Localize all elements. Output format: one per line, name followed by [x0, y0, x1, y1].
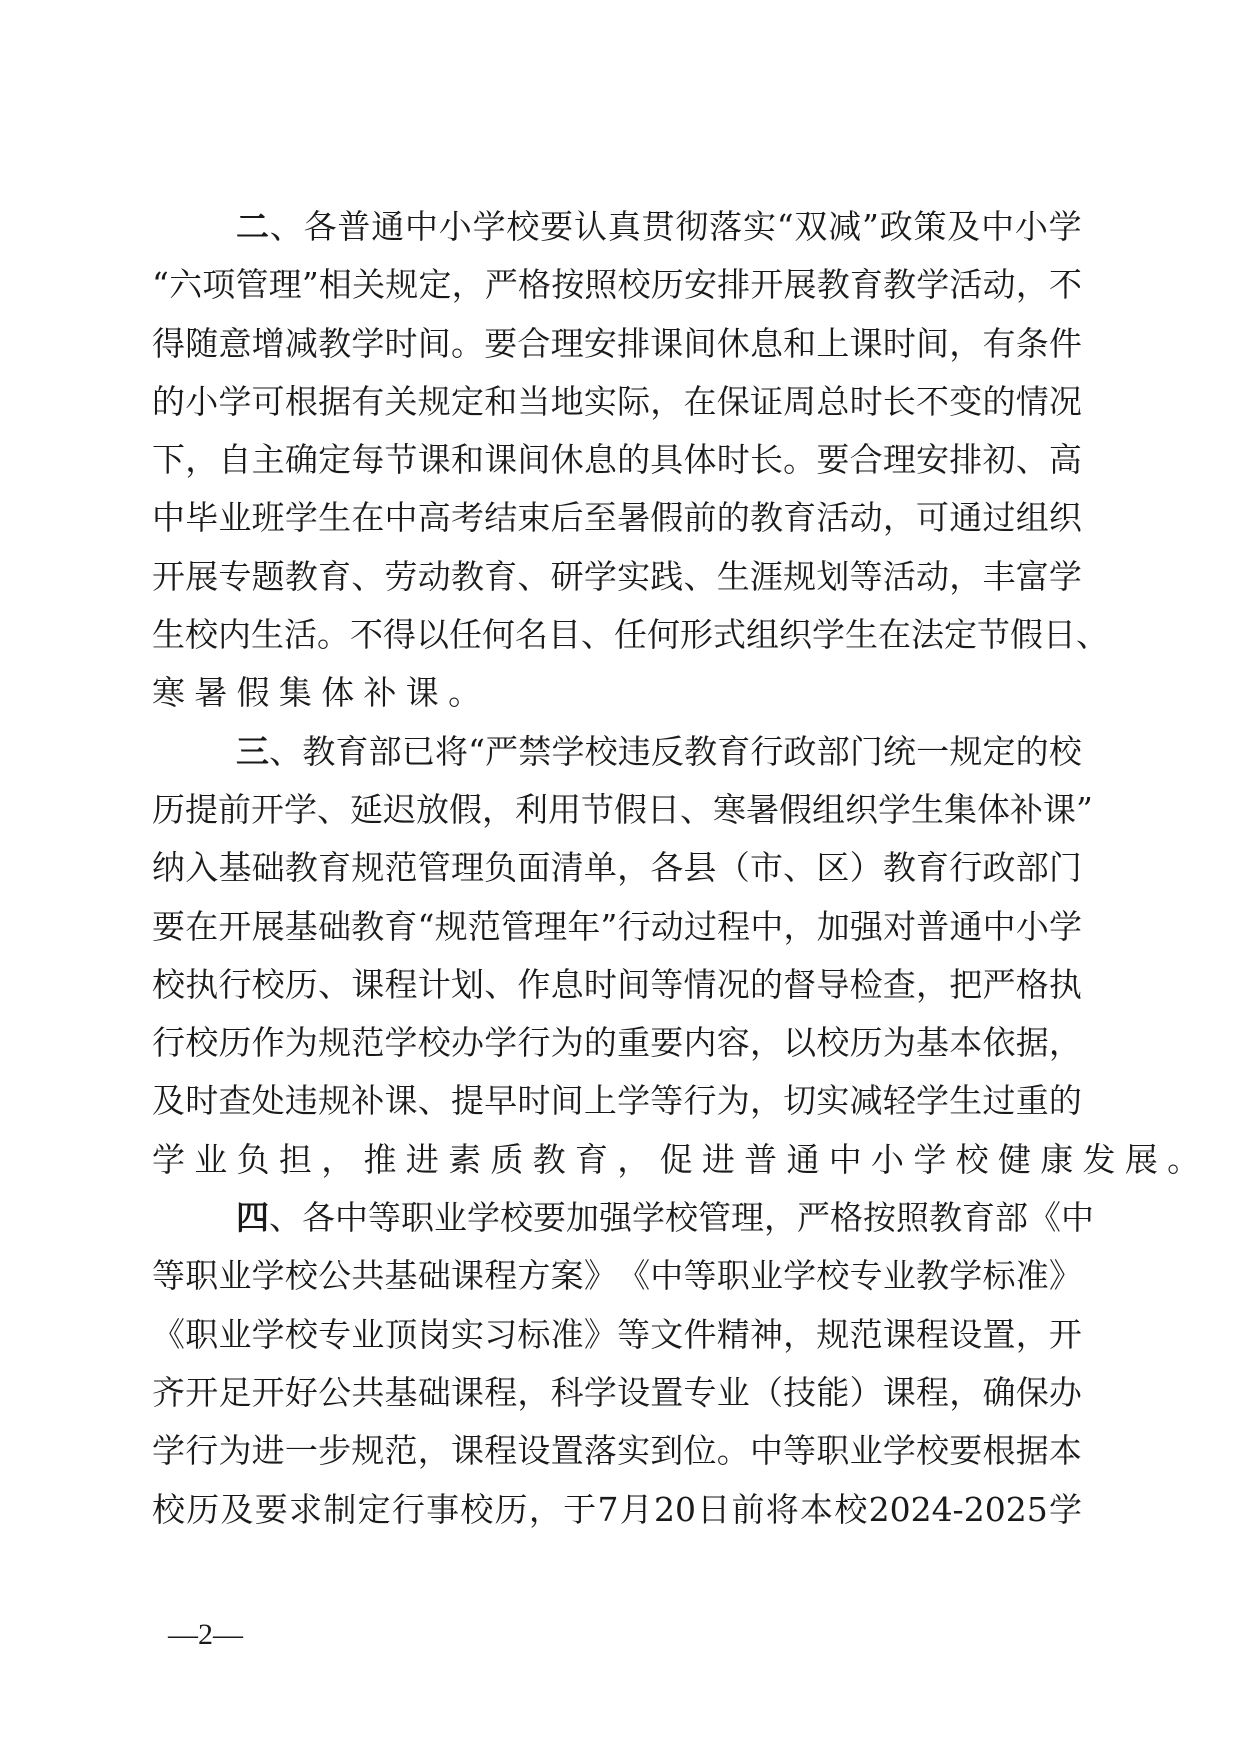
text-line: 等职业学校公共基础课程方案》《中等职业学校专业教学标准》 [152, 1247, 1082, 1305]
text-line: 寒暑假集体补课。 [152, 664, 1082, 722]
text-line: 中毕业班学生在中高考结束后至暑假前的教育活动，可通过组织 [152, 489, 1082, 547]
text-line: 历提前开学、延迟放假，利用节假日、寒暑假组织学生集体补课” [152, 781, 1082, 839]
text-line: 校执行校历、课程计划、作息时间等情况的督导检查，把严格执 [152, 956, 1082, 1014]
document-body: 二、各普通中小学校要认真贯彻落实“双减”政策及中小学“六项管理”相关规定，严格按… [152, 198, 1082, 1539]
text-line: 开展专题教育、劳动教育、研学实践、生涯规划等活动，丰富学 [152, 548, 1082, 606]
paragraph-para-3: 三、教育部已将“严禁学校违反教育行政部门统一规定的校历提前开学、延迟放假，利用节… [152, 723, 1082, 1189]
paragraph-para-2: 二、各普通中小学校要认真贯彻落实“双减”政策及中小学“六项管理”相关规定，严格按… [152, 198, 1082, 723]
page-number: —2— [168, 1617, 243, 1653]
text-line: 齐开足开好公共基础课程，科学设置专业（技能）课程，确保办 [152, 1364, 1082, 1422]
text-line: 四、各中等职业学校要加强学校管理，严格按照教育部《中 [152, 1189, 1082, 1247]
text-line: 生校内生活。不得以任何名目、任何形式组织学生在法定节假日、 [152, 606, 1082, 664]
text-line: 行校历作为规范学校办学行为的重要内容，以校历为基本依据， [152, 1014, 1082, 1072]
text-line: 学行为进一步规范，课程设置落实到位。中等职业学校要根据本 [152, 1422, 1082, 1480]
document-page: 二、各普通中小学校要认真贯彻落实“双减”政策及中小学“六项管理”相关规定，严格按… [0, 0, 1240, 1754]
text-line: 下，自主确定每节课和课间休息的具体时长。要合理安排初、高 [152, 431, 1082, 489]
text-line: 及时查处违规补课、提早时间上学等行为，切实减轻学生过重的 [152, 1072, 1082, 1130]
text-line: “六项管理”相关规定，严格按照校历安排开展教育教学活动，不 [152, 256, 1082, 314]
text-line: 《职业学校专业顶岗实习标准》等文件精神，规范课程设置，开 [152, 1306, 1082, 1364]
text-line: 的小学可根据有关规定和当地实际，在保证周总时长不变的情况 [152, 373, 1082, 431]
text-line: 纳入基础教育规范管理负面清单，各县（市、区）教育行政部门 [152, 839, 1082, 897]
text-line: 学业负担，推进素质教育，促进普通中小学校健康发展。 [152, 1131, 1082, 1189]
text-line: 二、各普通中小学校要认真贯彻落实“双减”政策及中小学 [152, 198, 1082, 256]
text-line: 校历及要求制定行事校历，于7月20日前将本校2024-2025学 [152, 1481, 1082, 1539]
text-line: 三、教育部已将“严禁学校违反教育行政部门统一规定的校 [152, 723, 1082, 781]
text-line: 要在开展基础教育“规范管理年”行动过程中，加强对普通中小学 [152, 898, 1082, 956]
text-line: 得随意增减教学时间。要合理安排课间休息和上课时间，有条件 [152, 315, 1082, 373]
paragraph-para-4: 四、各中等职业学校要加强学校管理，严格按照教育部《中等职业学校公共基础课程方案》… [152, 1189, 1082, 1539]
